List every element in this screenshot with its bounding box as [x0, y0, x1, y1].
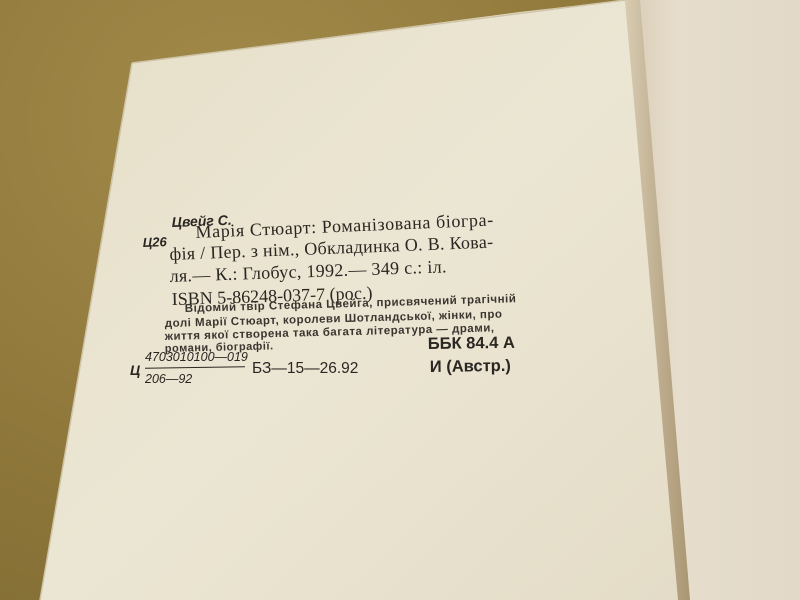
bbk-code: ББК 84.4 А — [428, 334, 515, 354]
bbk-subclass: И (Австр.) — [430, 357, 511, 377]
publishing-code-denominator: 206—92 — [145, 372, 192, 386]
imprint-text: Цвейг С. Ц26 Марія Стюарт: Романізована … — [0, 0, 800, 600]
fraction-bar — [145, 366, 245, 368]
bz-code: БЗ—15—26.92 — [252, 360, 358, 378]
class-code: Ц26 — [142, 234, 166, 250]
publishing-code-numerator: 4703010100—019 — [145, 350, 248, 364]
publishing-code-letter: Ц — [130, 362, 140, 378]
